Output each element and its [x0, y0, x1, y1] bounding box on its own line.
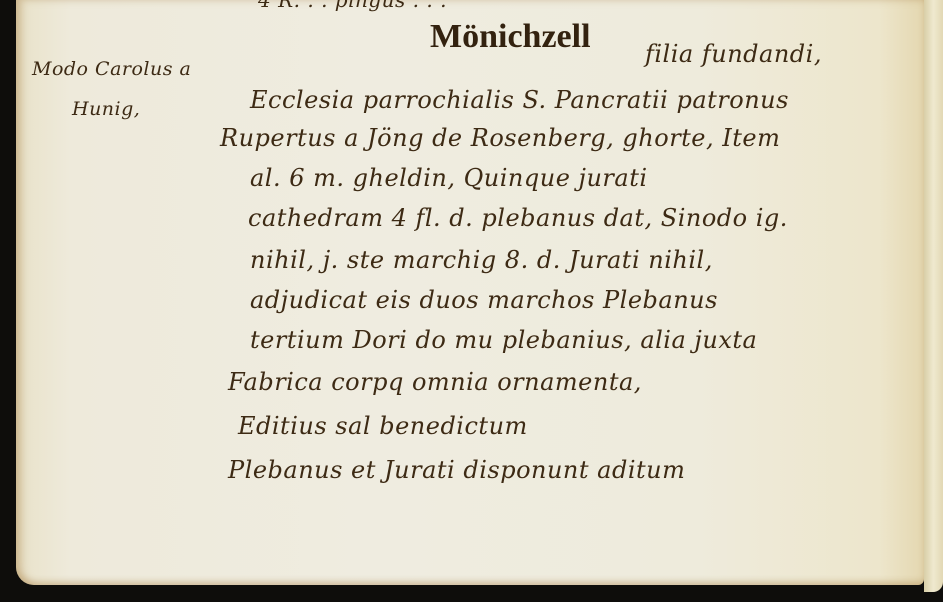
- text-line-9: Editius sal benedictum: [238, 412, 528, 440]
- text-line-2: Rupertus a Jöng de Rosenberg, ghorte, It…: [220, 124, 780, 152]
- text-line-8: Fabrica corpq omnia ornamenta,: [228, 368, 642, 396]
- text-line-7: tertium Dori do mu plebanius, alia juxta: [250, 326, 757, 354]
- text-line-1: Ecclesia parrochialis S. Pancratii patro…: [250, 86, 789, 114]
- margin-note-line-1: Modo Carolus a: [32, 58, 191, 80]
- text-line-5: nihil, j. ste marchig 8. d. Jurati nihil…: [250, 246, 713, 274]
- text-line-4: cathedram 4 fl. d. plebanus dat, Sinodo …: [248, 204, 788, 232]
- text-line-10: Plebanus et Jurati disponunt aditum: [228, 456, 685, 484]
- heading-title: Mönichzell: [430, 18, 591, 56]
- heading-subtitle: filia fundandi,: [645, 40, 822, 68]
- text-line-6: adjudicat eis duos marchos Plebanus: [250, 286, 718, 314]
- text-line-3: al. 6 m. gheldin, Quinque jurati: [250, 164, 648, 192]
- page-edge: [924, 0, 943, 592]
- margin-note-line-2: Hunig,: [72, 98, 140, 120]
- top-partial-line: 4 R. . . pingus . . .: [258, 0, 447, 12]
